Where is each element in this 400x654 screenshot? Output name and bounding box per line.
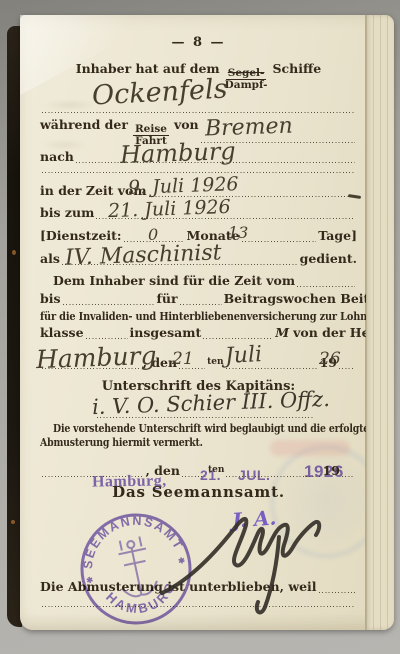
- insurance-line2-rest: Beitragswochen Beiträge: [224, 291, 366, 306]
- insurance-insgesamt-label: insgesamt: [130, 325, 202, 340]
- spine-rust-speck: [11, 520, 15, 524]
- ship-word-label: Schiffe: [273, 61, 322, 76]
- insurance-klasse-label: klasse: [40, 325, 84, 340]
- attestation-line1: Die vorstehende Unterschrift wird beglau…: [53, 422, 366, 435]
- days-line: [242, 229, 317, 242]
- period-to-label: bis zum: [40, 205, 94, 220]
- page-face: — 8 — Inhaber hat auf dem Segel- Dampf- …: [20, 15, 366, 630]
- page-number: — 8 —: [171, 35, 225, 50]
- wage-class-line: [86, 326, 128, 339]
- office-ten-label: ten: [208, 465, 224, 475]
- insurance-line1: Dem Inhaber sind für die Zeit vom: [53, 273, 295, 288]
- to-value-handwriting: Hamburg: [120, 137, 237, 169]
- office-day-line: [182, 464, 206, 477]
- office-year-prefix: 19: [323, 463, 340, 478]
- office-place-line: [42, 464, 143, 477]
- sail-steam-choice: Segel- Dampf-: [225, 68, 268, 92]
- days-label: Tage]: [318, 228, 357, 243]
- document-page: — 8 — Inhaber hat auf dem Segel- Dampf- …: [20, 15, 394, 630]
- rank-value-handwriting: IV. Maschinist: [65, 240, 222, 270]
- insurance-weeks-line: [180, 292, 222, 305]
- scanned-seamans-book-page: — 8 — Inhaber hat auf dem Segel- Dampf- …: [0, 0, 400, 654]
- insurance-until-line: [63, 292, 155, 305]
- attestation-line2: Abmusterung hiermit vermerkt.: [40, 436, 203, 449]
- during-label: während der: [40, 117, 128, 132]
- period-to-handwriting: 21. Juli 1926: [108, 196, 231, 222]
- anchor-emblem-icon: [112, 535, 159, 599]
- holder-served-label: Inhaber hat auf dem: [76, 61, 220, 76]
- insurance-line3: für die Invaliden- und Hinterbliebenenve…: [40, 309, 366, 323]
- day-value-handwriting: 21: [172, 349, 194, 369]
- mark-currency-symbol: M: [275, 325, 289, 340]
- from-label: von: [174, 117, 199, 132]
- as-label: als: [40, 251, 60, 266]
- place-value-handwriting: Hamburg: [36, 341, 157, 374]
- office-den-label: , den: [145, 463, 180, 478]
- ten-label: ten: [207, 357, 223, 367]
- service-time-label: [Dienstzeit:: [40, 228, 122, 243]
- months-value-handwriting: 0: [148, 225, 158, 244]
- total-amount-line: [203, 326, 273, 339]
- month-value-handwriting: Juli: [224, 342, 262, 369]
- insurance-bis-label: bis: [40, 291, 61, 306]
- insurance-line4-rest: von der Heuer abgezogen.: [293, 325, 366, 340]
- insurance-fuer-label: für: [157, 291, 178, 306]
- official-signature: [160, 485, 345, 620]
- year-value-handwriting: 26: [319, 349, 341, 369]
- year-line: [339, 356, 355, 369]
- office-year-line: [342, 464, 355, 477]
- period-from-handwriting: 9. Juli 1926: [128, 173, 239, 199]
- page-stack-edge: [365, 15, 394, 630]
- office-month-line: [226, 464, 320, 477]
- steam-option: Dampf-: [225, 80, 268, 91]
- insurance-from-line: [297, 274, 355, 287]
- round-stamp-star-left: ✱: [85, 575, 94, 585]
- days-value-handwriting: 13: [228, 223, 248, 242]
- spine-rust-speck: [12, 250, 16, 255]
- served-label: gedient.: [300, 251, 357, 266]
